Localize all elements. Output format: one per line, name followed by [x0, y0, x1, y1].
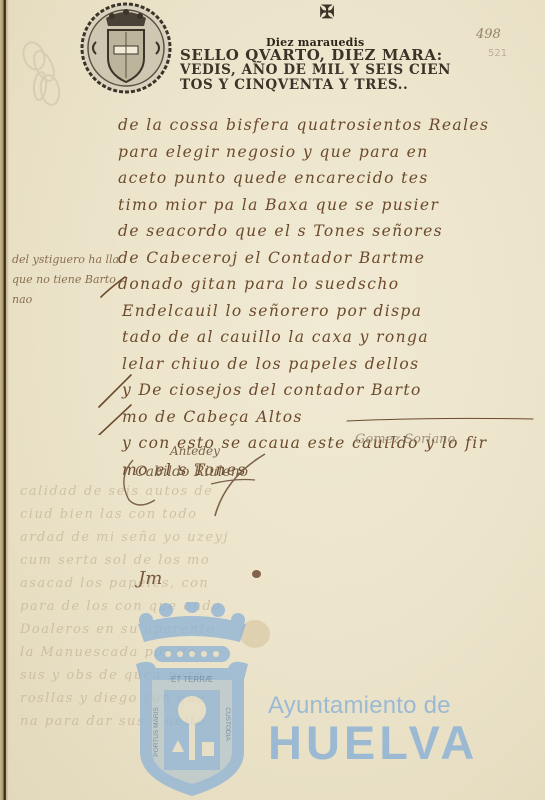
manuscript-line: para elegir negosio y que para en [118, 139, 538, 166]
crest-motto-right: CUSTODIA [224, 707, 231, 741]
bleed-line: ciud bien las con todo [20, 503, 540, 526]
manuscript-line: lelar chiuo de los papeles dellos [118, 351, 538, 378]
folio-number-secondary: 521 [488, 48, 507, 59]
stamp-line: VEDIS, AÑO DE MIL Y SEIS CIEN [180, 63, 480, 78]
manuscript-line: de Cabeceroj el Contador Bartme [118, 245, 538, 272]
watermark-huelva: HUELVA [268, 718, 478, 768]
bleed-line: asacad los papeles, con [20, 572, 540, 595]
crest-motto-top: ET TERRÆ [171, 675, 213, 684]
royal-arms-seal-icon [78, 2, 174, 94]
stamp-line: TOS Y CINQVENTA Y TRES.. [180, 78, 480, 93]
underline-stroke-icon [345, 415, 535, 425]
bleed-line: cum serta sol de los mo [20, 549, 540, 572]
folio-number: 498 [476, 27, 501, 42]
bleed-line: ardad de mi seña yo uzeyj [20, 526, 540, 549]
manuscript-line: tado de al cauillo la caxa y ronga [118, 324, 538, 351]
bleed-line: Doaleros en su aparento [20, 618, 540, 641]
binding-edge [0, 0, 9, 800]
manuscript-line: Endelcauil lo señorero por dispa [118, 298, 538, 325]
pen-flourish-icon [95, 275, 135, 435]
en-mark: Jm [138, 568, 162, 589]
manuscript-body: de la cossa bisfera quatrosientos Reales… [118, 112, 538, 483]
manuscript-line: timo mior pa la Baxa que se pusier [118, 192, 538, 219]
bleed-line: la Manuescada por Pn [20, 641, 540, 664]
crest-motto-left: PORTUS MARIS [153, 707, 160, 757]
huelva-crest-watermark-icon: ET TERRÆ PORTUS MARIS CUSTODIA [132, 602, 252, 798]
cross-mark-icon: ✠ [315, 2, 339, 24]
manuscript-line: y De ciosejos del contador Barto [118, 377, 538, 404]
stamp-heading: SELLO QVARTO, DIEZ MARA: VEDIS, AÑO DE M… [180, 48, 480, 93]
ghost-stamp-icon [16, 38, 66, 108]
document-page: ✠ Diez marauedis SELLO QVARTO, DIEZ MARA… [0, 0, 545, 800]
bleed-line: sus y obs de quea pero [20, 664, 540, 687]
ink-blot [252, 570, 261, 578]
manuscript-line: de la cossa bisfera quatrosientos Reales [118, 112, 538, 139]
manuscript-line: de seacordo que el s Tones señores [118, 218, 538, 245]
stamp-line: SELLO QVARTO, DIEZ MARA: [180, 48, 480, 63]
bleed-line: para de los con que ondo [20, 595, 540, 618]
margin-note-line: del ystiguero ha llaue [12, 250, 120, 270]
bleed-line: calidad de seis autos de [20, 480, 540, 503]
manuscript-line: aceto punto quede encarecido tes [118, 165, 538, 192]
manuscript-line: donado gitan para lo suedscho [118, 271, 538, 298]
